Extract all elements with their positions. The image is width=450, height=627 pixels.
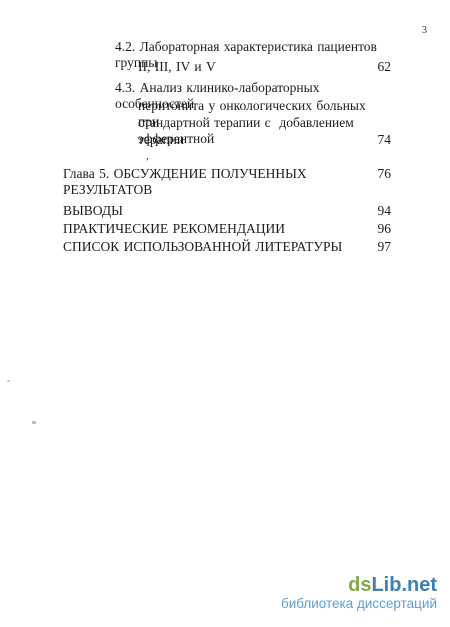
- page-number: 3: [422, 25, 427, 36]
- scan-speck: [32, 421, 36, 424]
- toc-section-line: СПИСОК ИСПОЛЬЗОВАННОЙ ЛИТЕРАТУРЫ 97: [63, 239, 391, 255]
- toc-page-number: 76: [378, 166, 392, 182]
- toc-entry-text: II, III, IV и V: [138, 59, 216, 75]
- toc-entry-text: ВЫВОДЫ: [63, 203, 123, 219]
- dslib-logo-title: dsLib.net: [281, 574, 437, 596]
- toc-chapter-line: Глава 5. ОБСУЖДЕНИЕ ПОЛУЧЕННЫХ РЕЗУЛЬТАТ…: [63, 166, 391, 198]
- toc-entry-text: терапии: [138, 132, 184, 148]
- dslib-logo[interactable]: dsLib.net библиотека диссертаций: [281, 574, 437, 612]
- toc-page-number: 94: [378, 203, 392, 219]
- toc-entry-text: Глава 5. ОБСУЖДЕНИЕ ПОЛУЧЕННЫХ РЕЗУЛЬТАТ…: [63, 166, 370, 198]
- dslib-logo-subtitle: библиотека диссертаций: [281, 597, 437, 612]
- dslib-logo-part-libnet: Lib.net: [371, 574, 437, 596]
- toc-entry-line: II, III, IV и V 62: [138, 59, 391, 75]
- toc-entry-text: СПИСОК ИСПОЛЬЗОВАННОЙ ЛИТЕРАТУРЫ: [63, 239, 342, 255]
- toc-section-line: ПРАКТИЧЕСКИЕ РЕКОМЕНДАЦИИ 96: [63, 221, 391, 237]
- dslib-logo-part-ds: ds: [348, 574, 371, 596]
- document-page: 3 4.2. Лабораторная характеристика пацие…: [0, 0, 450, 627]
- toc-page-number: 62: [378, 59, 392, 75]
- toc-entry-text: ПРАКТИЧЕСКИЕ РЕКОМЕНДАЦИИ: [63, 221, 285, 237]
- scan-artifact-mark: ,: [146, 150, 149, 162]
- scan-speck: [7, 380, 10, 382]
- toc-page-number: 97: [378, 239, 392, 255]
- toc-page-number: 74: [378, 132, 392, 148]
- toc-entry-line: терапии 74: [138, 132, 391, 148]
- toc-page-number: 96: [378, 221, 392, 237]
- toc-section-line: ВЫВОДЫ 94: [63, 203, 391, 219]
